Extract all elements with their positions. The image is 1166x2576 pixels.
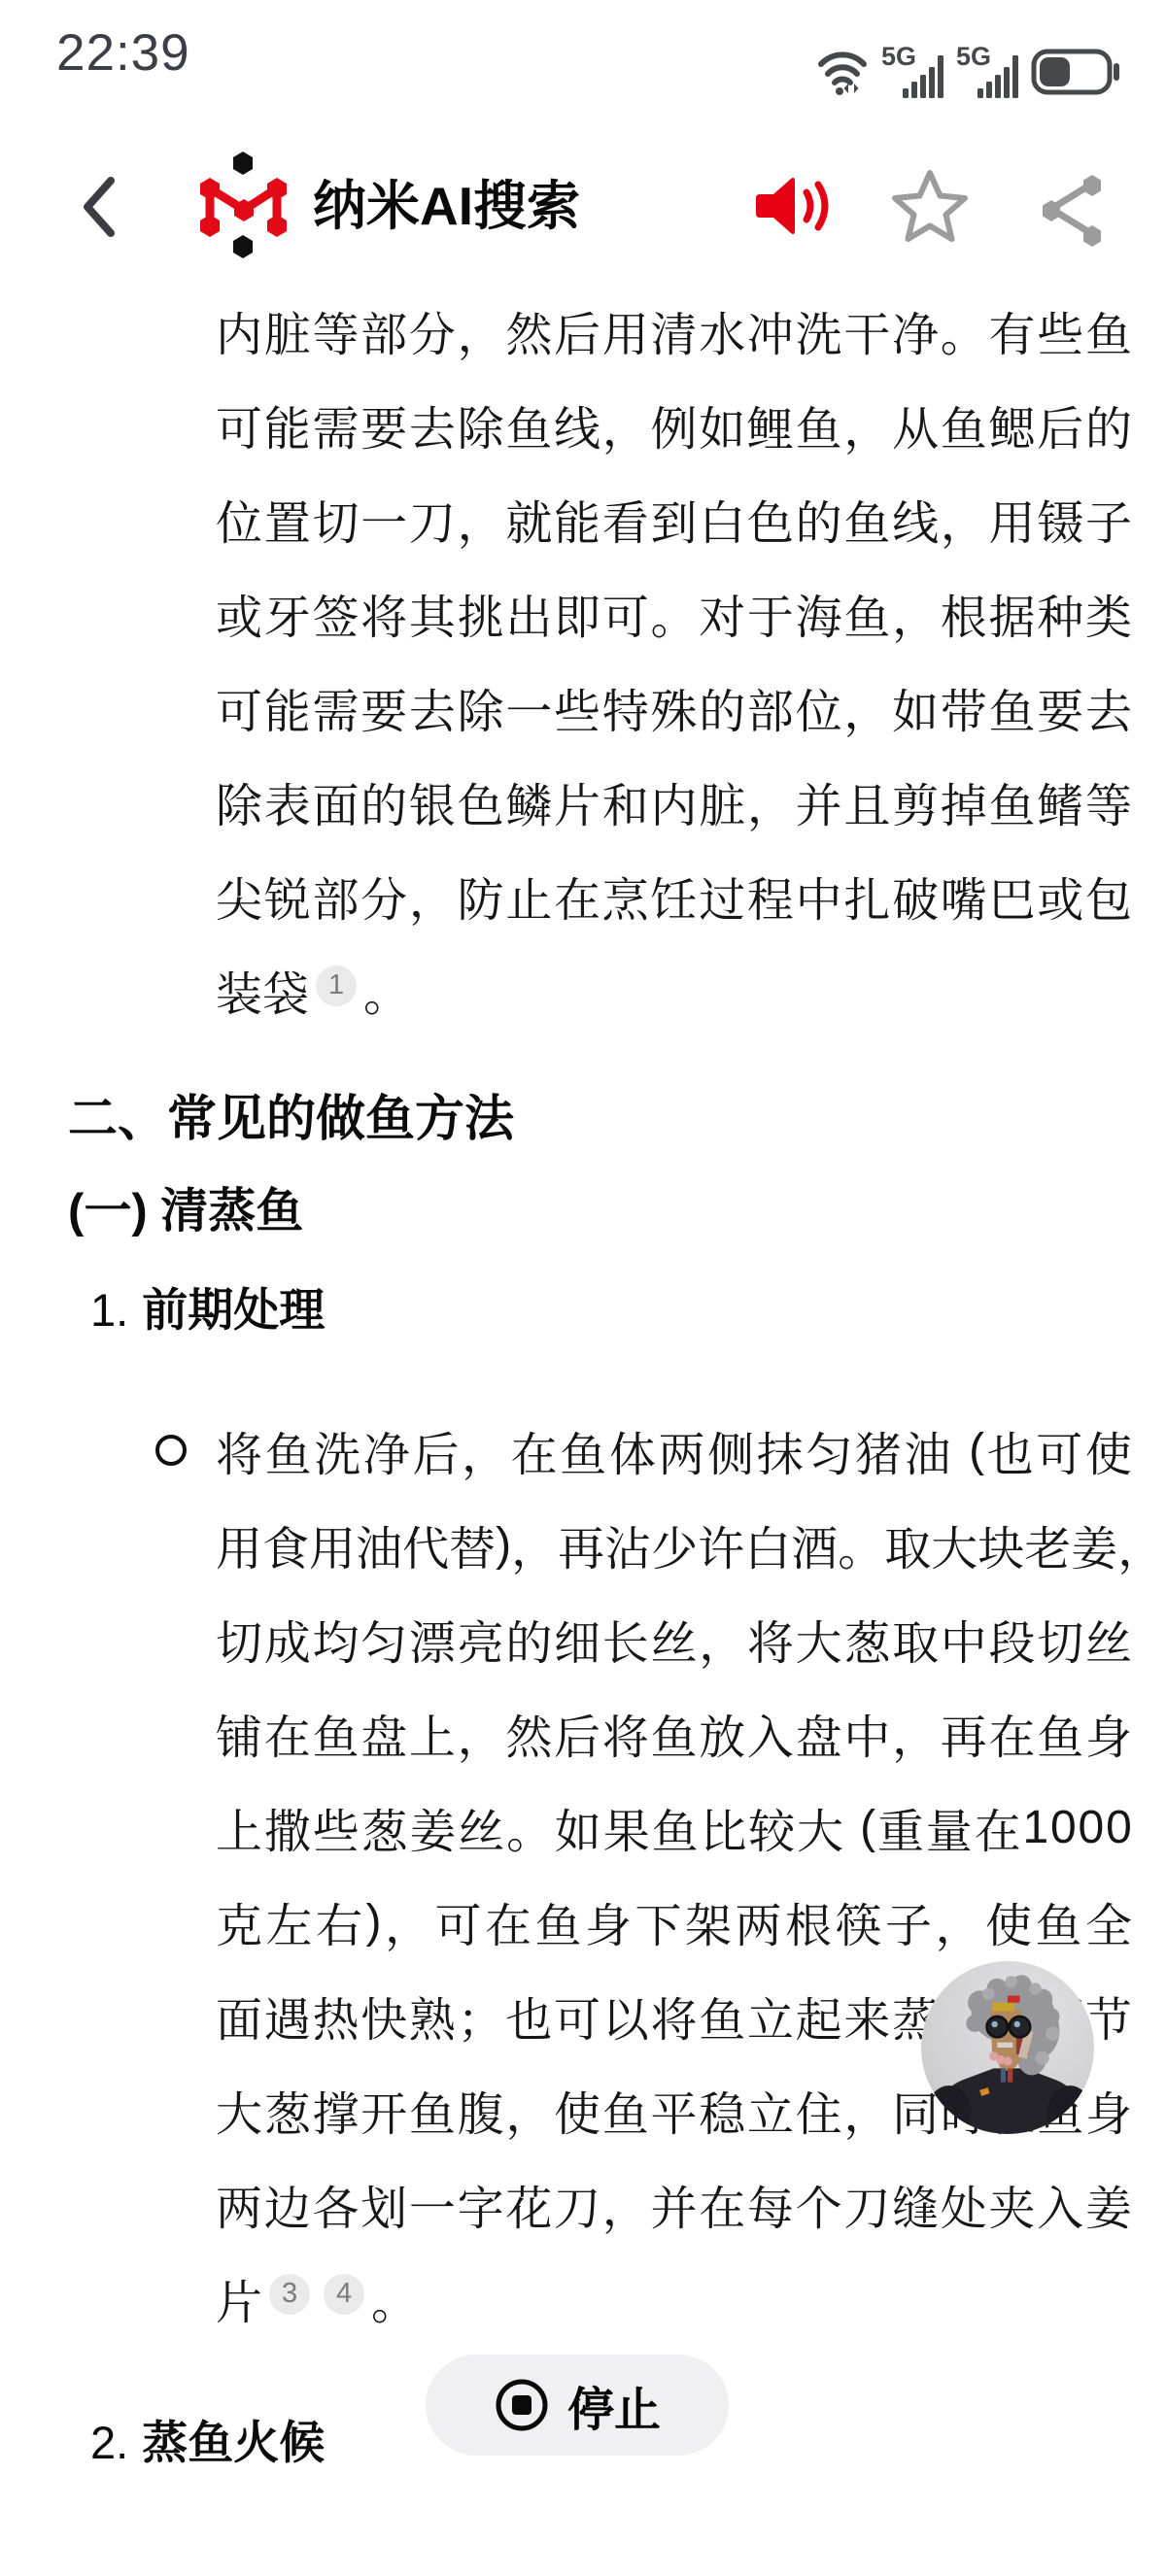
- text-line: 或牙签将其挑出即可。对于海鱼，根据种类: [216, 566, 1132, 661]
- page-title: 纳米AI搜索: [313, 177, 580, 235]
- back-button[interactable]: [80, 175, 119, 239]
- app-header: 纳米AI搜索: [0, 146, 1166, 262]
- text-line: 可能需要去除鱼线，例如鲤鱼，从鱼鳃后的: [216, 378, 1132, 472]
- heading-label: 前期处理: [142, 1274, 325, 1339]
- text-line: 用食用油代替)，再沾少许白酒。取大块老姜，: [216, 1498, 1132, 1592]
- text-line: 切成均匀漂亮的细长丝，将大葱取中段切丝: [216, 1592, 1132, 1686]
- citation-badge[interactable]: 4: [324, 2274, 364, 2315]
- stop-icon: [494, 2377, 550, 2433]
- text-line: 两边各划一字花刀，并在每个刀缝处夹入姜: [216, 2157, 1132, 2252]
- text-line: 上撒些葱姜丝。如果鱼比较大 (重量在1000: [216, 1780, 1132, 1875]
- numbered-heading-1: 1. 前期处理: [90, 1274, 325, 1339]
- text-line: 位置切一刀，就能看到白色的鱼线，用镊子: [216, 472, 1132, 566]
- signal-5g-icon: 5G: [956, 44, 1018, 100]
- wifi-icon: [816, 49, 869, 95]
- text-line: 片 3 4 。: [216, 2252, 1132, 2346]
- text-line: 尖锐部分，防止在烹饪过程中扎破嘴巴或包: [216, 849, 1132, 943]
- signal-bars: [903, 55, 943, 98]
- answer-paragraph: 内脏等部分，然后用清水冲洗干净。有些鱼 可能需要去除鱼线，例如鲤鱼，从鱼鳃后的 …: [216, 284, 1132, 1037]
- battery-icon: [1031, 49, 1120, 95]
- speaker-icon[interactable]: [754, 173, 840, 239]
- text-line: 铺在鱼盘上，然后将鱼放入盘中，再在鱼身: [216, 1686, 1132, 1780]
- text-line: 内脏等部分，然后用清水冲洗干净。有些鱼: [216, 284, 1132, 378]
- citation-badge[interactable]: 3: [269, 2274, 310, 2315]
- text-fragment: 装袋: [216, 957, 309, 1024]
- subsection-heading: (一) 清蒸鱼: [68, 1173, 303, 1241]
- text-line: 将鱼洗净后，在鱼体两侧抹匀猪油 (也可使: [216, 1404, 1132, 1498]
- nano-ai-logo: [189, 148, 297, 262]
- status-icon-cluster: 5G 5G: [816, 41, 1127, 103]
- heading-number: 1.: [90, 1283, 128, 1337]
- citation-badge[interactable]: 1: [316, 966, 357, 1006]
- signal-5g-icon: 5G: [881, 44, 943, 100]
- text-line: 装袋 1 。: [216, 943, 1132, 1037]
- share-icon[interactable]: [1038, 171, 1108, 247]
- text-line: 克左右)，可在鱼身下架两根筷子，使鱼全: [216, 1875, 1132, 1969]
- assistant-avatar[interactable]: [921, 1961, 1094, 2134]
- heading-number: 2.: [90, 2416, 128, 2469]
- text-line: 除表面的银色鳞片和内脏，并且剪掉鱼鳍等: [216, 755, 1132, 849]
- circle-bullet: [155, 1435, 187, 1466]
- bullet-paragraph: 将鱼洗净后，在鱼体两侧抹匀猪油 (也可使 用食用油代替)，再沾少许白酒。取大块老…: [216, 1404, 1132, 2346]
- clock-time: 22:39: [56, 23, 190, 83]
- signal-bars: [977, 55, 1018, 98]
- heading-label: 蒸鱼火候: [142, 2407, 325, 2472]
- stop-button[interactable]: 停止: [426, 2355, 729, 2456]
- text-fragment: 。: [363, 957, 410, 1024]
- star-icon[interactable]: [888, 165, 972, 249]
- numbered-heading-2: 2. 蒸鱼火候: [90, 2407, 325, 2472]
- text-fragment: 。: [371, 2265, 418, 2332]
- stop-button-label: 停止: [567, 2372, 661, 2439]
- text-line: 可能需要去除一些特殊的部位，如带鱼要去: [216, 661, 1132, 755]
- section-heading: 二、常见的做鱼方法: [68, 1078, 514, 1150]
- text-fragment: 片: [216, 2265, 262, 2332]
